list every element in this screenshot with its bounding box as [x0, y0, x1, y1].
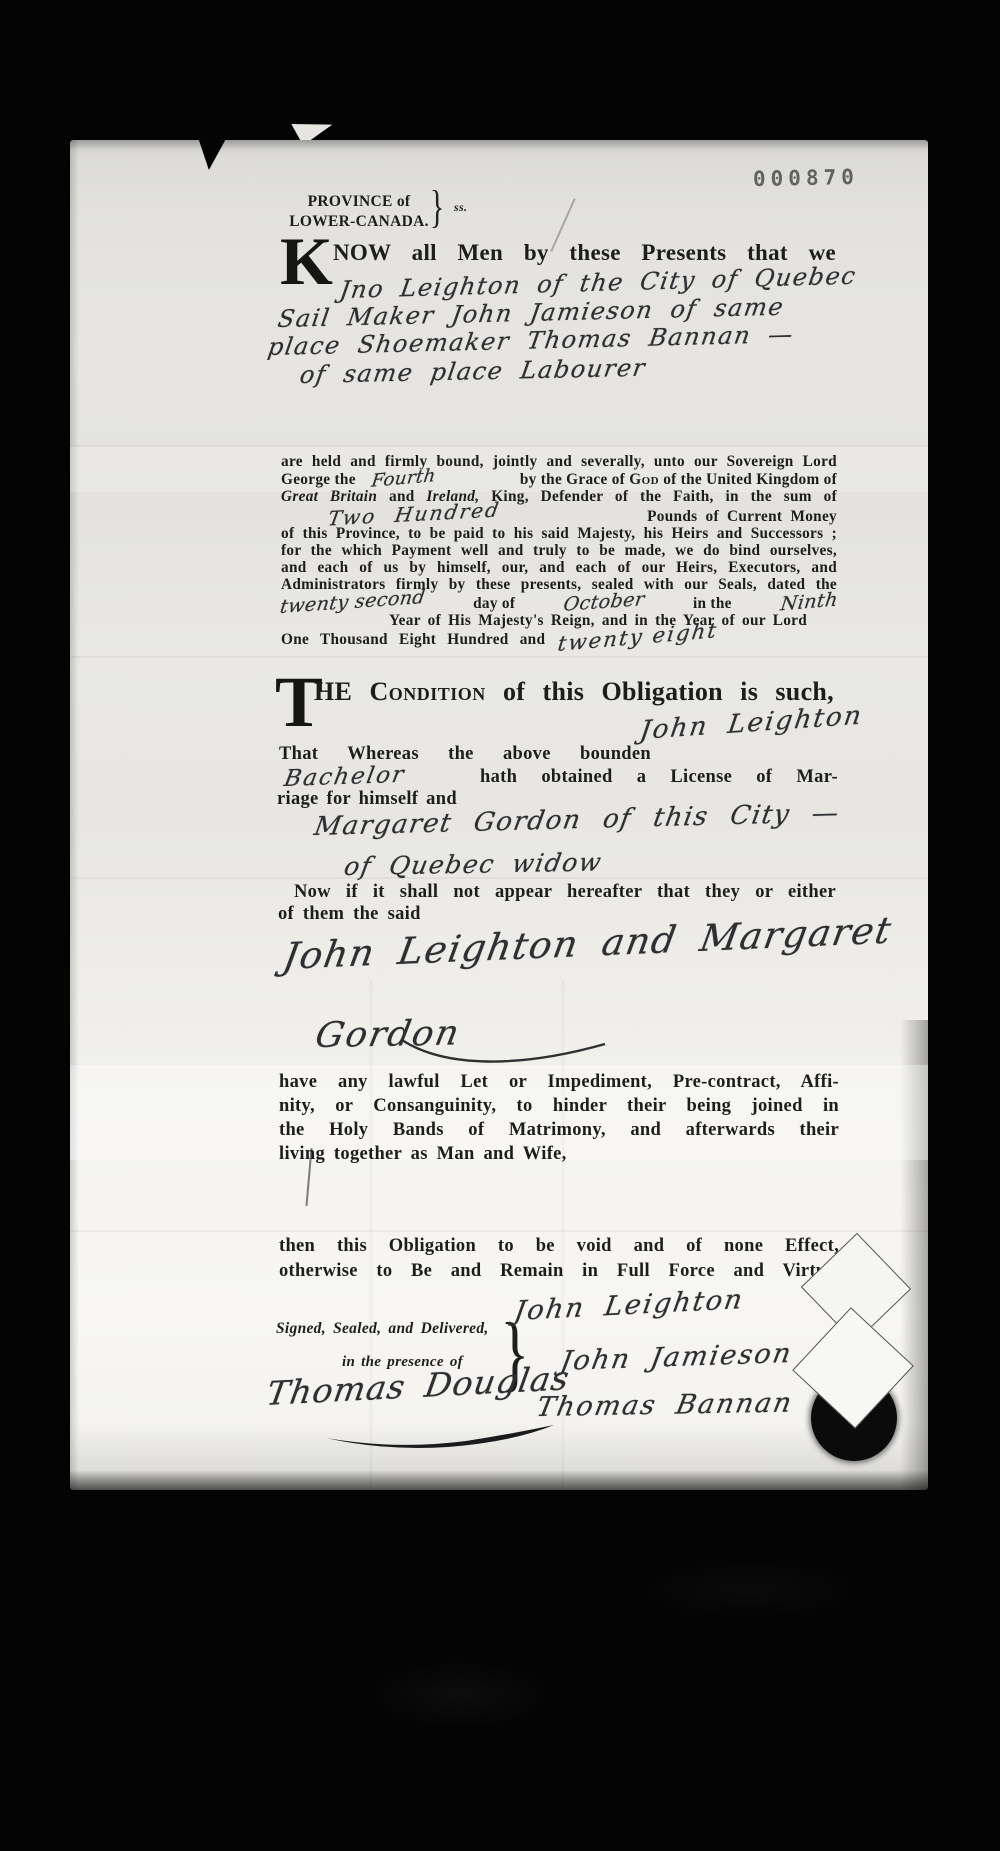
paper-bottom-shadow: [70, 1470, 928, 1490]
crease-line: [70, 1230, 928, 1232]
province-line1: PROVINCE of: [288, 192, 430, 212]
handwriting-tail-flourish: [400, 1028, 620, 1070]
groom-name-handwritten: John Leighton: [638, 701, 865, 746]
bond-line2-post-b: of the United Kingdom of: [663, 471, 837, 488]
paper-left-shadow: [70, 140, 79, 1490]
paper-right-shadow: [900, 1020, 928, 1490]
witness-signature: Thomas Douglas: [264, 1358, 573, 1413]
principals-handwriting-line4: of same place Labourer: [298, 354, 648, 389]
riage-line: riage for himself and: [277, 789, 457, 810]
condition-heading-rest: of this Obligation is such,: [503, 677, 834, 706]
condition-heading-word: Condition: [369, 677, 485, 706]
bond-regnal-year-handwritten: Ninth: [779, 591, 838, 613]
bride-handwriting-line2: of Quebec widow: [342, 848, 605, 881]
void-line1: then this Obligation to be void and of n…: [279, 1236, 839, 1257]
paper-top-shadow: [70, 140, 928, 150]
bond-line11-pre: One Thousand Eight Hundred and: [281, 631, 545, 648]
great-britain-italic: Great Britain: [281, 488, 377, 505]
crease-line: [70, 445, 928, 447]
condition-heading: HE Condition of this Obligation is such,: [314, 677, 834, 707]
signed-sealed-line: Signed, Sealed, and Delivered,: [276, 1320, 489, 1338]
bond-line4: Two Hundred Pounds of Current Money: [281, 506, 837, 525]
bond-sum-handwritten: Two Hundred: [327, 501, 502, 527]
drop-cap-k: K: [280, 232, 333, 292]
paper-tear-notch: [194, 137, 225, 172]
void-line2: otherwise to Be and Remain in Full Force…: [279, 1261, 835, 1282]
now-if-line2: of them the said: [278, 904, 421, 925]
hath-obtained-line: hath obtained a License of Mar-: [480, 767, 838, 788]
bond-line9: twenty second day of October in the Nint…: [281, 594, 837, 612]
bond-line5: of this Province, to be paid to his said…: [281, 525, 837, 542]
scan-smudge: [370, 1660, 550, 1730]
document-paper: PROVINCE of LOWER-CANADA. } ss. 000870 K…: [70, 140, 928, 1490]
bond-line1: are held and firmly bound, jointly and s…: [281, 453, 837, 470]
bond-line9-in-the: in the: [693, 595, 732, 612]
impediment-line1: have any lawful Let or Impediment, Pre-c…: [279, 1070, 839, 1094]
groom-status-handwritten: Bachelor: [282, 762, 408, 792]
signature-john-jamieson: John Jamieson: [558, 1338, 795, 1377]
bond-line4-post: Pounds of Current Money: [647, 508, 837, 525]
bond-line7: and each of us by himself, our, and each…: [281, 559, 837, 576]
scanned-document-page: PROVINCE of LOWER-CANADA. } ss. 000870 K…: [0, 0, 1000, 1851]
bond-line11: One Thousand Eight Hundred and twenty ei…: [281, 629, 837, 648]
impediment-line4: living together as Man and Wife,: [279, 1142, 839, 1166]
impediment-line3: the Holy Bands of Matrimony, and afterwa…: [279, 1118, 839, 1142]
stamp-number: 000870: [753, 165, 859, 191]
signature-thomas-bannan: Thomas Bannan: [534, 1388, 796, 1423]
impediment-paragraph: have any lawful Let or Impediment, Pre-c…: [279, 1070, 839, 1166]
headline-know: NOW all Men by these Presents that we: [333, 240, 836, 266]
jurat-ss-label: ss.: [454, 200, 467, 215]
bond-month-handwritten: October: [562, 591, 645, 614]
bond-line9-day-of: day of: [473, 595, 515, 612]
signature-john-leighton: John Leighton: [512, 1284, 746, 1327]
crease-line: [70, 656, 928, 658]
impediment-line2: nity, or Consanguinity, to hinder their …: [279, 1094, 839, 1118]
header-brace: }: [430, 180, 445, 233]
bond-line3: Great Britain and Ireland, King, Defende…: [281, 488, 837, 505]
bond-line6: for the which Payment well and truly to …: [281, 542, 837, 559]
bond-clause-paragraph: are held and firmly bound, jointly and s…: [281, 453, 837, 648]
whereas-line: That Whereas the above bounden: [279, 744, 651, 765]
bond-line2: George the Fourth by the Grace of God of…: [281, 470, 837, 488]
bond-line2-pre: George the: [281, 471, 356, 488]
bond-line10: Year of His Majesty's Reign, and in the …: [281, 612, 837, 629]
bond-line2-post-a: by the Grace of: [520, 471, 625, 488]
scan-smudge: [640, 1560, 860, 1620]
regnal-name-handwritten: Fourth: [370, 467, 436, 490]
now-if-line1: Now if it shall not appear hereafter tha…: [294, 882, 836, 903]
bond-line2-post: by the Grace of God of the United Kingdo…: [520, 471, 837, 488]
bond-line3-post: King, Defender of the Faith, in the sum …: [491, 488, 837, 505]
condition-heading-he: HE: [314, 677, 352, 706]
god-smallcaps: God: [629, 471, 659, 488]
signature-flourish: [326, 1422, 558, 1450]
crease-line-vertical: [370, 980, 372, 1490]
